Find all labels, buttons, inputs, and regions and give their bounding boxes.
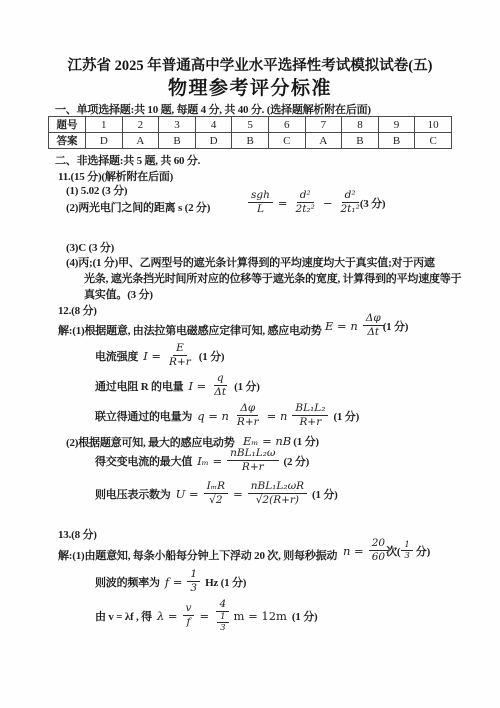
answer-cell: D [195,133,232,149]
times-open-paren: 次( [386,543,400,559]
section-1-heading: 一、单项选择题:共 10 题, 每题 4 分, 共 40 分. (选择题解析附在… [55,101,371,117]
q11-part1-answer: (1) 5.02 (3 分) [66,182,127,198]
question-number-cell: 7 [305,117,342,133]
q11-part2-label: (2)两光电门之间的距离 s (2 分) [66,199,210,215]
question-number-cell: 10 [415,117,452,133]
question-number-cell: 9 [378,117,415,133]
fraction-ImR-sqrt2: IₘR √2 [204,480,229,507]
q12-max-current-line: 得交变电流的最大值 Iₘ = nBL₁L₂ω R+r (2 分) [95,447,309,474]
charge-label: 通过电阻 R 的电量 [95,378,183,394]
question-number-cell: 8 [342,117,379,133]
score-label: (3 分) [360,195,386,211]
fraction-d2-2t2: d² 2t₂² [293,189,318,216]
fraction-4-over-third: 4 1 3 [214,598,231,634]
score-label: 分) [416,543,430,559]
combined-lead: q = n [197,409,229,423]
q12-current-line: 电流强度 I = E R+r (1 分) [95,342,224,369]
question-number-cell: 1 [86,117,123,133]
q12-line1-text: 解:(1)根据题意, 由法拉第电磁感应定律可知, 感应电动势 [58,322,322,338]
equals-sign: = [233,487,243,501]
frequency-label: 则波的频率为 [95,574,160,590]
q13-vibration-formula: n = 20 60 次( 1 3 分) [343,537,430,564]
q12-charge-line: 通过电阻 R 的电量 I = q Δt (1 分) [95,372,260,399]
fraction-1-3: 1 3 [187,568,200,595]
question-number-cell: 4 [195,117,232,133]
fraction-q-dt: q Δt [211,372,229,399]
score-label: (1 分) [312,486,338,502]
emf-lead: E = n [325,319,358,333]
question-number-cell: 3 [159,117,196,133]
fraction-nBL1L2w-Rr: nBL₁L₂ω R+r [227,447,278,474]
combined-mid: = n [267,409,288,423]
fraction-dphi-Rr: Δφ R+r [234,402,262,429]
fraction-1-3-nested: 1 3 [217,612,228,633]
score-label: (1 分) [383,318,409,334]
fraction-E-Rr: E R+r [166,342,194,369]
equals-sign: = [199,609,209,623]
result-value: m = 12m [234,609,287,623]
voltmeter-label: 则电压表示数为 [95,486,171,502]
answer-table: 题号 1 2 3 4 5 6 7 8 9 10 答案 D A B D B C A… [48,116,452,149]
question-number-cell: 2 [122,117,159,133]
score-label: Hz (1 分) [205,574,246,590]
answer-cell: B [378,133,415,149]
answer-row: 答案 D A B D B C A B B C [49,133,452,149]
q13-frequency-line: 则波的频率为 f = 1 3 Hz (1 分) [95,568,246,595]
answer-key-title: 物理参考评分标准 [0,73,500,100]
answer-cell: A [122,133,159,149]
row-label-answer: 答案 [49,133,86,149]
answer-cell: B [159,133,196,149]
answer-cell: D [86,133,123,149]
max-emf-expression: Eₘ = nB [243,434,291,448]
charge-lead: I = [188,379,206,393]
combined-label: 联立得通过的电量为 [95,408,192,424]
fraction-dphi-dt: Δφ Δt [363,312,384,339]
scanned-answer-key-page: 江苏省 2025 年普通高中学业水平选择性考试模拟试卷(五) 物理参考评分标准 … [0,0,500,708]
max-current-label: 得交变电流的最大值 [95,453,192,469]
q11-part2-formula: sgh L = d² 2t₂² − d² 2t₁² (3 分) [248,189,385,216]
wavelength-label: 由 v = λf , 得 [95,608,152,624]
fraction-1-3-small: 1 3 [401,540,412,561]
q11-part4-line3: 真实值。(3 分) [84,286,153,302]
q11-part4-line2: 光条, 遮光条挡光时间所对应的位移等于遮光条的宽度, 计算得到的平均速度等于 [84,270,461,286]
score-label: (1 分) [333,408,359,424]
q12-voltmeter-line: 则电压表示数为 U = IₘR √2 = nBL₁L₂ωR √2(R+r) (1… [95,480,338,507]
fraction-nBL1L2wR-sqrt2Rr: nBL₁L₂ωR √2(R+r) [248,480,307,507]
q12-heading: 12.(8 分) [58,302,97,318]
fraction-sgh-L: sgh L [248,189,273,216]
max-current-lead: Iₘ = [197,454,222,468]
voltmeter-lead: U = [176,487,199,501]
exam-title: 江苏省 2025 年普通高中学业水平选择性考试模拟试卷(五) [0,54,500,75]
minus-sign: − [323,196,333,210]
section-2-heading: 二、非选择题:共 5 题, 共 60 分. [55,152,200,168]
score-label: (1 分) [199,348,225,364]
q12-combined-line: 联立得通过的电量为 q = n Δφ R+r = n BL₁L₂ R+r (1 … [95,402,359,429]
wavelength-lead: λ = [157,609,178,623]
score-label: (2 分) [284,453,310,469]
current-label: 电流强度 [95,348,138,364]
current-lead: I = [143,349,161,363]
q11-part3-answer: (3)C (3 分) [66,239,114,255]
answer-cell: C [415,133,452,149]
fraction-v-f: v f [183,602,195,629]
q13-line1-text: 解:(1)由题意知, 每条小船每分钟上下浮动 20 次, 则每秒振动 [58,547,337,563]
q13-wavelength-line: 由 v = λf , 得 λ = v f = 4 1 3 m = 12m (1 … [95,598,318,634]
q13-heading: 13.(8 分) [58,526,97,542]
answer-cell: A [305,133,342,149]
question-number-row: 题号 1 2 3 4 5 6 7 8 9 10 [49,117,452,133]
question-number-cell: 6 [268,117,305,133]
q11-part4-line1: (4)丙;(1 分)甲、乙两型号的遮光条计算得到的平均速度均大于真实值;对于丙遮 [66,254,435,270]
frequency-lead: f = [165,575,183,589]
q12-emf-formula: E = n Δφ Δt (1 分) [325,312,408,339]
score-label: (1 分) [292,608,318,624]
equals-sign: = [278,196,288,210]
answer-cell: C [268,133,305,149]
vibration-lead: n = [343,544,364,558]
question-number-cell: 5 [232,117,269,133]
row-label-question: 题号 [49,117,86,133]
score-label: (1 分) [234,378,260,394]
answer-cell: B [232,133,269,149]
answer-cell: B [342,133,379,149]
fraction-BL1L2-Rr: BL₁L₂ R+r [292,402,328,429]
